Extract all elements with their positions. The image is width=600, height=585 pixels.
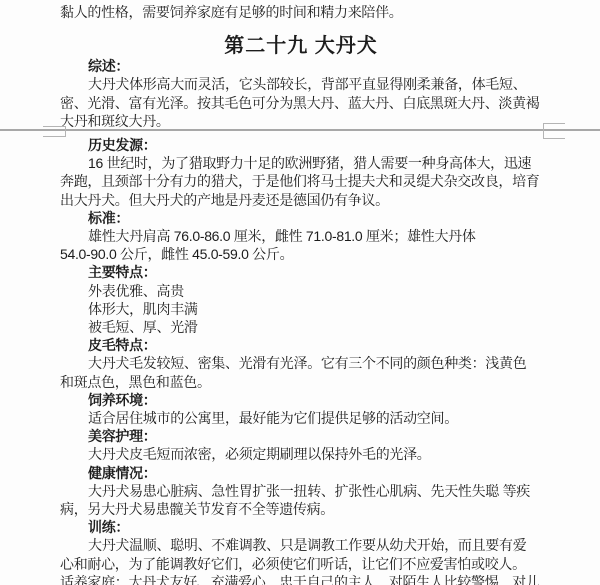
body-line[interactable]: 密、光滑、富有光泽。按其毛色可分为黑大丹、蓝大丹、白底黑斑大丹、淡黄褐 [60, 94, 542, 112]
body-line[interactable]: 奔跑，且颈部十分有力的猎犬，于是他们将马士提夫犬和灵缇犬杂交改良，培育 [60, 172, 542, 190]
body-line[interactable]: 适合居住城市的公寓里，最好能为它们提供足够的活动空间。 [60, 409, 542, 427]
chapter-title[interactable]: 第二十九 大丹犬 [60, 35, 542, 57]
section-heading-coat[interactable]: 皮毛特点： [60, 336, 542, 354]
trailing-paragraph-line[interactable]: 黏人的性格，需要饲养家庭有足够的时间和精力来陪伴。 [60, 3, 542, 21]
body-line[interactable]: 16 世纪时，为了猎取野力十足的欧洲野猪，猎人需要一种身高体大，迅速 [60, 154, 542, 172]
section-heading-training[interactable]: 训练： [60, 518, 542, 536]
section-heading-health[interactable]: 健康情况： [60, 464, 542, 482]
body-line[interactable]: 大丹犬毛发较短、密集、光滑有光泽。它有三个不同的颜色种类：浅黄色 [60, 354, 542, 372]
section-heading-overview[interactable]: 综述： [60, 57, 542, 75]
section-heading-standard[interactable]: 标准： [60, 209, 542, 227]
page-edge-marker-left [43, 126, 66, 137]
section-heading-grooming[interactable]: 美容护理： [60, 427, 542, 445]
body-line[interactable]: 适养家庭：大丹犬友好、充满爱心，忠于自己的主人，对陌生人比较警惕，对儿 [60, 573, 542, 585]
page-content: 黏人的性格，需要饲养家庭有足够的时间和精力来陪伴。 第二十九 大丹犬 综述： 大… [0, 0, 600, 585]
doc-page[interactable]: 黏人的性格，需要饲养家庭有足够的时间和精力来陪伴。 第二十九 大丹犬 综述： 大… [0, 0, 600, 585]
body-line[interactable]: 大丹犬易患心脏病、急性胃扩张一扭转、扩张性心肌病、先天性失聪 等疾 [60, 482, 542, 500]
body-line[interactable]: 大丹和斑纹大丹。 [60, 112, 542, 130]
body-line[interactable]: 大丹犬皮毛短而浓密，必须定期刷理以保持外毛的光泽。 [60, 445, 542, 463]
section-heading-main-features[interactable]: 主要特点： [60, 263, 542, 281]
body-line[interactable]: 雄性大丹肩高 76.0-86.0 厘米，雌性 71.0-81.0 厘米；雄性大丹… [60, 227, 542, 245]
body-line[interactable]: 病，另大丹犬易患髋关节发育不全等遗传病。 [60, 500, 542, 518]
body-line[interactable]: 出大丹犬。但大丹犬的产地是丹麦还是德国仍有争议。 [60, 191, 542, 209]
page-edge-marker-right [543, 123, 565, 139]
body-line[interactable]: 大丹犬体形高大而灵活，它头部较长，背部平直显得刚柔兼备，体毛短、 [60, 75, 542, 93]
page-break-line [0, 129, 600, 131]
body-line[interactable]: 被毛短、厚、光滑 [60, 318, 542, 336]
body-line[interactable]: 大丹犬温顺、聪明、不难调教、只是调教工作要从幼犬开始，而且要有爱 [60, 536, 542, 554]
body-line[interactable]: 体形大，肌肉丰满 [60, 300, 542, 318]
body-line[interactable]: 和斑点色，黑色和蓝色。 [60, 373, 542, 391]
body-line[interactable]: 54.0-90.0 公斤，雌性 45.0-59.0 公斤。 [60, 245, 542, 263]
body-line[interactable]: 外表优雅、高贵 [60, 282, 542, 300]
body-line[interactable]: 心和耐心，为了能调教好它们，必须使它们听话，让它们不应爱害怕或咬人。 [60, 555, 542, 573]
section-heading-history[interactable]: 历史发源： [60, 136, 542, 154]
section-heading-environment[interactable]: 饲养环境： [60, 391, 542, 409]
